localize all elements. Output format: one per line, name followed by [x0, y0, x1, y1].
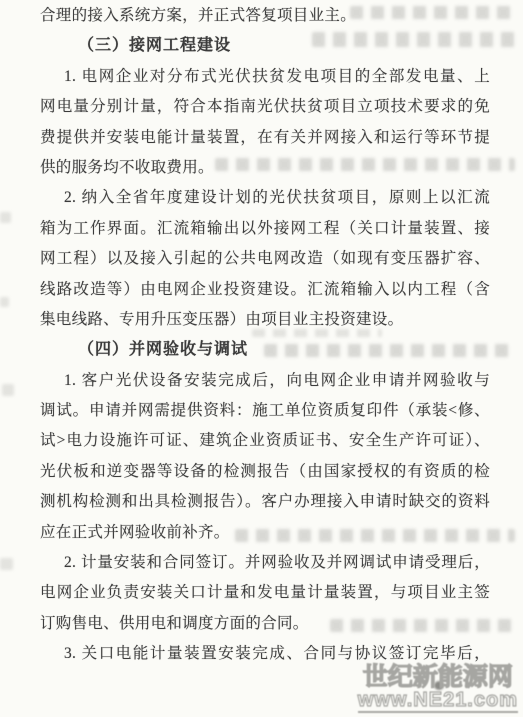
text-line: 试>电力设施许可证、建筑企业资质证书、安全生产许可证）、 — [40, 426, 490, 456]
text-line: 1. 客户光伏设备安装完成后，向电网企业申请并网验收与 — [40, 366, 490, 396]
text-line: 测机构检测和出具检测报告）。客户办理接入申请时缺交的资料 — [40, 487, 490, 517]
document-page: 合理的接入系统方案，并正式答复项目业主。 （三）接网工程建设 1. 电网企业对分… — [0, 0, 523, 717]
watermark-site-name: 世纪新能源网 — [358, 665, 518, 690]
text-line: 订购售电、供用电和调度方面的合同。 — [40, 609, 490, 639]
watermark-site-url: www.NE21.com — [358, 690, 518, 713]
text-line: 箱为工作界面。汇流箱输出以外接网工程（关口计量装置、接 — [40, 214, 490, 244]
text-line: 电网企业负责安装关口计量和发电量计量装置，与项目业主签 — [40, 578, 490, 608]
bleedthrough-artifact — [0, 297, 9, 307]
bleedthrough-artifact — [2, 384, 14, 396]
text-line: 应在正式并网验收前补齐。 — [40, 518, 490, 548]
text-line: 供的服务均不收取费用。 — [40, 153, 490, 183]
section-heading: （四）并网验收与调试 — [40, 335, 490, 365]
text-line: 费提供并安装电能计量装置，在有关并网接入和运行等环节提 — [40, 123, 490, 153]
bleedthrough-artifact — [0, 558, 13, 570]
text-line: 光伏板和逆变器等设备的检测报告（由国家授权的有资质的检 — [40, 457, 490, 487]
text-line: 集电线路、专用升压变压器）由项目业主投资建设。 — [40, 305, 490, 335]
text-line: 网电量分别计量，符合本指南光伏扶贫项目立项技术要求的免 — [40, 92, 490, 122]
text-line: 线路改造等）由电网企业投资建设。汇流箱输入以内工程（含 — [40, 275, 490, 305]
document-text: 合理的接入系统方案，并正式答复项目业主。 （三）接网工程建设 1. 电网企业对分… — [40, 1, 490, 670]
text-line: 2. 计量安装和合同签订。并网验收及并网调试申请受理后， — [40, 548, 490, 578]
text-line: 调试。申请并网需提供资料：施工单位资质复印件（承装<修、 — [40, 396, 490, 426]
text-line: 网工程）以及接入引起的公共电网改造（如现有变压器扩容、 — [40, 244, 490, 274]
text-line: 合理的接入系统方案，并正式答复项目业主。 — [40, 1, 490, 31]
text-line: 2. 纳入全省年度建设计划的光伏扶贫项目，原则上以汇流 — [40, 183, 490, 213]
section-heading: （三）接网工程建设 — [40, 31, 490, 61]
text-line: 1. 电网企业对分布式光伏扶贫发电项目的全部发电量、上 — [40, 62, 490, 92]
bleedthrough-artifact — [0, 212, 11, 223]
watermark: 世纪新能源网 www.NE21.com — [358, 665, 518, 713]
